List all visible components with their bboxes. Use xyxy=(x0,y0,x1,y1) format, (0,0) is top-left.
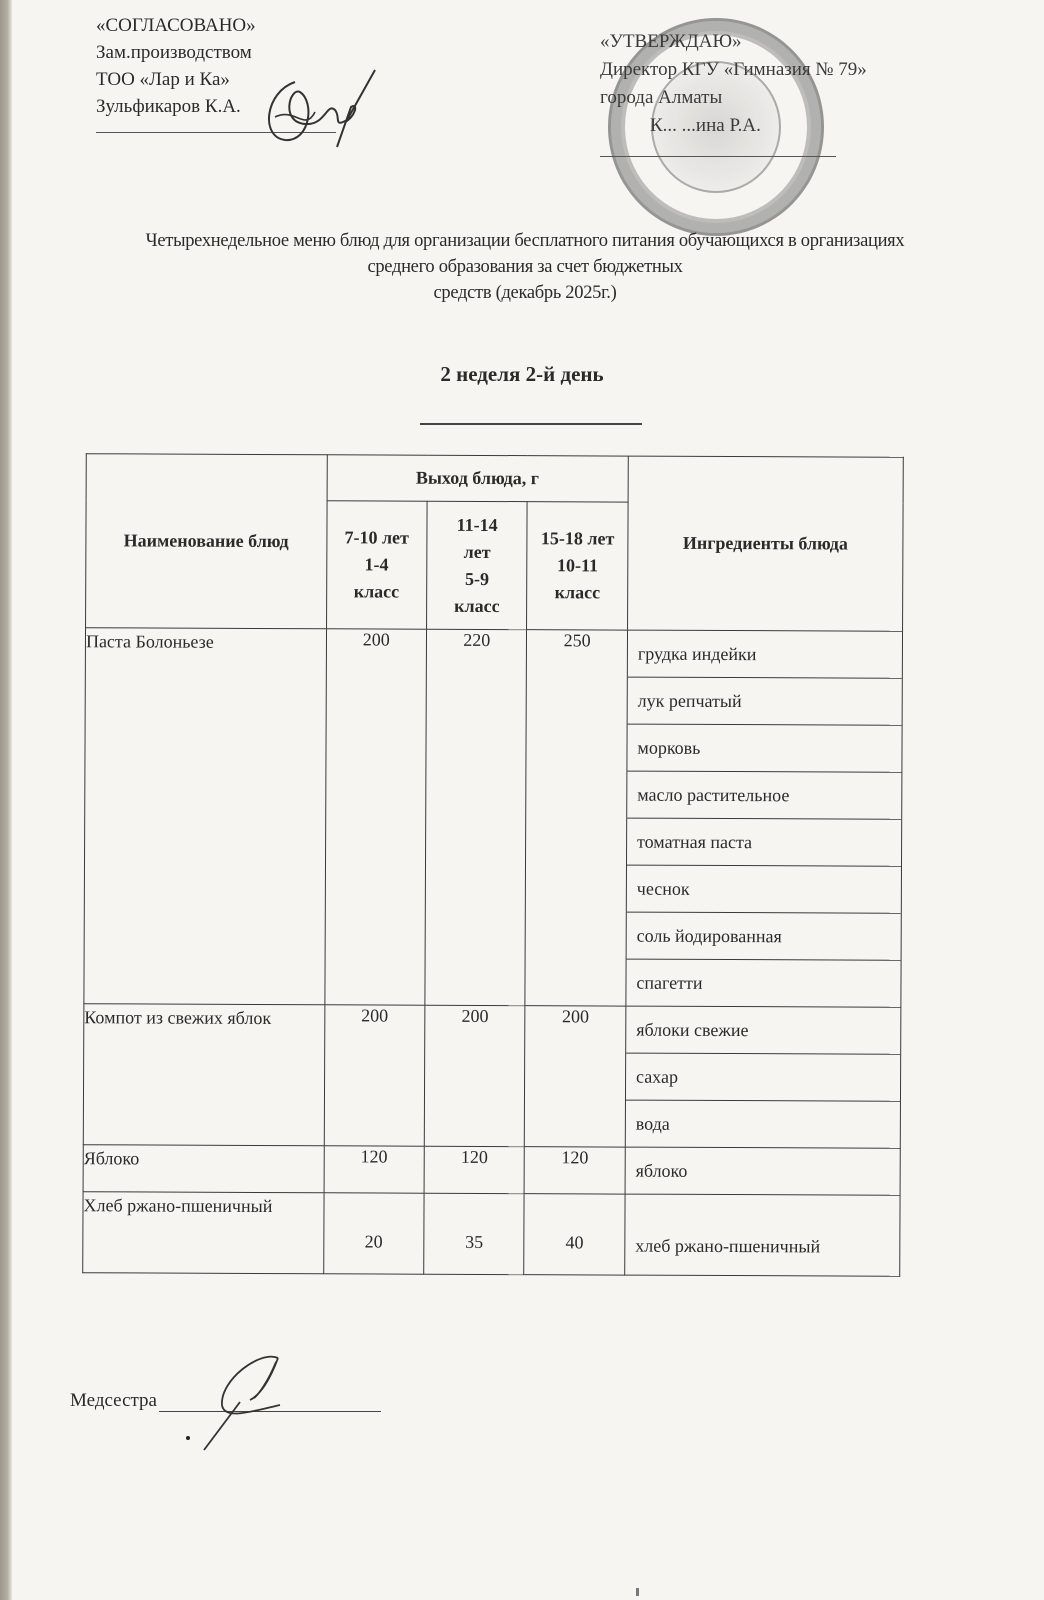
ingredient-item: грудка индейки xyxy=(628,631,902,679)
title-line: среднего образования за счет бюджетных xyxy=(80,254,970,280)
approval-heading: «УТВЕРЖДАЮ» xyxy=(600,28,867,56)
ingredient-item: яблоки свежие xyxy=(626,1007,900,1055)
dish-yield: 200 xyxy=(424,1005,525,1146)
ingredient-item: вода xyxy=(626,1101,900,1148)
dish-ingredients: яблоко xyxy=(625,1147,900,1195)
title-line: средств (декабрь 2025г.) xyxy=(80,280,970,306)
title-line: Четырехнедельное меню блюд для организац… xyxy=(80,228,970,254)
dish-ingredients: грудка индейкилук репчатыйморковьмасло р… xyxy=(626,630,903,1007)
signature-icon xyxy=(255,62,385,152)
ingredient-item: спагетти xyxy=(626,960,900,1007)
table-row: Яблоко120120120яблоко xyxy=(83,1145,900,1196)
dish-yield: 35 xyxy=(424,1193,525,1274)
ingredient-item: яблоко xyxy=(626,1148,900,1195)
dish-name: Хлеб ржано-пшеничный xyxy=(83,1192,324,1274)
header-age-15-18: 15-18 лет 10-11 класс xyxy=(527,502,628,630)
dish-yield: 120 xyxy=(424,1146,525,1193)
signature-icon xyxy=(180,1350,300,1460)
header-ingredients: Ингредиенты блюда xyxy=(627,456,903,631)
ingredient-item: масло растительное xyxy=(627,772,901,820)
header-yield: Выход блюда, г xyxy=(327,455,629,502)
page-mark xyxy=(636,1588,639,1596)
table-row: Паста Болоньезе200220250грудка индейкилу… xyxy=(84,628,903,1008)
table-row: Хлеб ржано-пшеничный203540хлеб ржано-пше… xyxy=(83,1192,900,1277)
dish-yield: 220 xyxy=(425,629,527,1005)
ingredient-item: сахар xyxy=(626,1054,900,1102)
document-title: Четырехнедельное меню блюд для организац… xyxy=(80,228,970,306)
dish-ingredients: хлеб ржано-пшеничный xyxy=(625,1194,900,1276)
approval-city: города Алматы xyxy=(600,84,867,112)
dish-name: Яблоко xyxy=(83,1145,324,1193)
dish-yield: 200 xyxy=(324,629,426,1005)
scan-edge xyxy=(0,0,12,1600)
ingredient-item: хлеб ржано-пшеничный xyxy=(625,1195,899,1276)
menu-table: Наименование блюд Выход блюда, г Ингреди… xyxy=(82,453,904,1277)
ink-dot xyxy=(186,1436,190,1440)
dish-yield: 200 xyxy=(525,1006,626,1147)
approval-heading: «СОГЛАСОВАНО» xyxy=(96,12,336,39)
header-age-7-10: 7-10 лет 1-4 класс xyxy=(326,501,427,629)
ingredient-item: морковь xyxy=(627,725,901,773)
header-dish-name: Наименование блюд xyxy=(86,454,327,629)
ingredient-item: лук репчатый xyxy=(628,678,902,726)
dish-yield: 120 xyxy=(324,1146,425,1193)
ingredient-item: чеснок xyxy=(627,866,901,914)
dish-ingredients: яблоки свежиесахарвода xyxy=(625,1006,901,1148)
dish-name: Паста Болоньезе xyxy=(84,628,326,1005)
dish-name: Компот из свежих яблок xyxy=(83,1004,324,1146)
nurse-label: Медсестра xyxy=(70,1390,157,1411)
dish-yield: 20 xyxy=(323,1193,424,1274)
approval-block-approved: «УТВЕРЖДАЮ» Директор КГУ «Гимназия № 79»… xyxy=(600,28,867,157)
table-row: Компот из свежих яблок200200200яблоки св… xyxy=(83,1004,901,1149)
ingredient-item: соль йодированная xyxy=(627,913,901,961)
approval-signatory: К... ...ина Р.А. xyxy=(600,112,867,140)
subtitle-underline xyxy=(420,423,642,425)
dish-yield: 120 xyxy=(525,1147,626,1194)
dish-yield: 40 xyxy=(524,1194,625,1275)
dish-yield: 250 xyxy=(525,630,627,1006)
ingredient-item: томатная паста xyxy=(627,819,901,867)
signature-line xyxy=(600,156,836,157)
header-age-11-14: 11-14 лет 5-9 класс xyxy=(427,501,528,629)
menu-day-subtitle: 2 неделя 2-й день xyxy=(0,362,1044,387)
dish-yield: 200 xyxy=(324,1005,425,1146)
approval-position: Директор КГУ «Гимназия № 79» xyxy=(600,56,867,84)
